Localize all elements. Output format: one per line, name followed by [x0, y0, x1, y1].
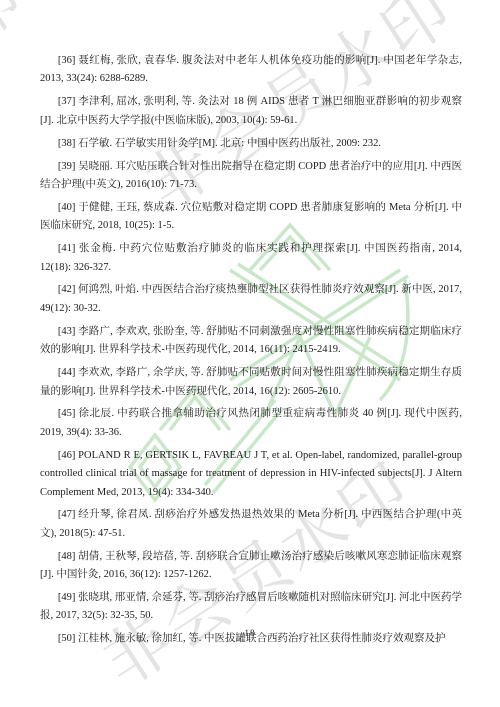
reference-item-37: [37] 李津利, 屈冰, 张明利, 等. 灸法对 18 例 AIDS 患者 T…	[40, 93, 462, 130]
references-list: [36] 聂红梅, 张欣, 袁春华. 腹灸法对中老年人机体免疫功能的影响[J].…	[40, 52, 462, 653]
reference-item-49: [49] 张晓琪, 邢亚情, 佘延芬, 等. 刮痧治疗感冒后咳嗽随机对照临床研究…	[40, 589, 462, 626]
document-page: 印 非会员水印 非会员水印 [36]	[0, 0, 500, 707]
reference-item-45: [45] 徐北辰. 中药联合推拿辅助治疗风热闭肺型重症病毒性肺炎 40 例[J]…	[40, 405, 462, 442]
reference-item-44: [44] 李欢欢, 李路广, 余学庆, 等. 舒肺贴不同贴敷时间对慢性阻塞性肺疾…	[40, 364, 462, 401]
reference-item-40: [40] 于健健, 王珏, 蔡成森. 穴位贴敷对稳定期 COPD 患者肺康复影响…	[40, 199, 462, 236]
reference-item-41: [41] 张金梅. 中药穴位贴敷治疗肺炎的临床实践和护理探索[J]. 中国医药指…	[40, 240, 462, 277]
reference-item-46: [46] POLAND R E, GERTSIK L, FAVREAU J T,…	[40, 447, 462, 502]
watermark-text-corner: 印	[0, 0, 41, 61]
page-number: 18	[0, 628, 500, 638]
reference-item-48: [48] 胡倩, 王秋琴, 段培蓓, 等. 刮痧联合宣肺止嗽汤治疗感染后咳嗽风寒…	[40, 548, 462, 585]
reference-item-38: [38] 石学敏. 石学敏实用针灸学[M]. 北京: 中国中医药出版社, 200…	[40, 135, 462, 153]
reference-item-36: [36] 聂红梅, 张欣, 袁春华. 腹灸法对中老年人机体免疫功能的影响[J].…	[40, 52, 462, 89]
reference-item-47: [47] 经升琴, 徐君凤. 刮痧治疗外感发热退热效果的 Meta 分析[J].…	[40, 506, 462, 543]
reference-item-39: [39] 吴晓丽. 耳穴贴压联合针对性出院指导在稳定期 COPD 患者治疗中的应…	[40, 158, 462, 195]
reference-item-42: [42] 何鸿烈, 叶焰. 中西医结合治疗痰热壅肺型社区获得性肺炎疗效观察[J]…	[40, 281, 462, 318]
reference-item-43: [43] 李路广, 李欢欢, 张盼奎, 等. 舒肺贴不同刺激强度对慢性阻塞性肺疾…	[40, 323, 462, 360]
